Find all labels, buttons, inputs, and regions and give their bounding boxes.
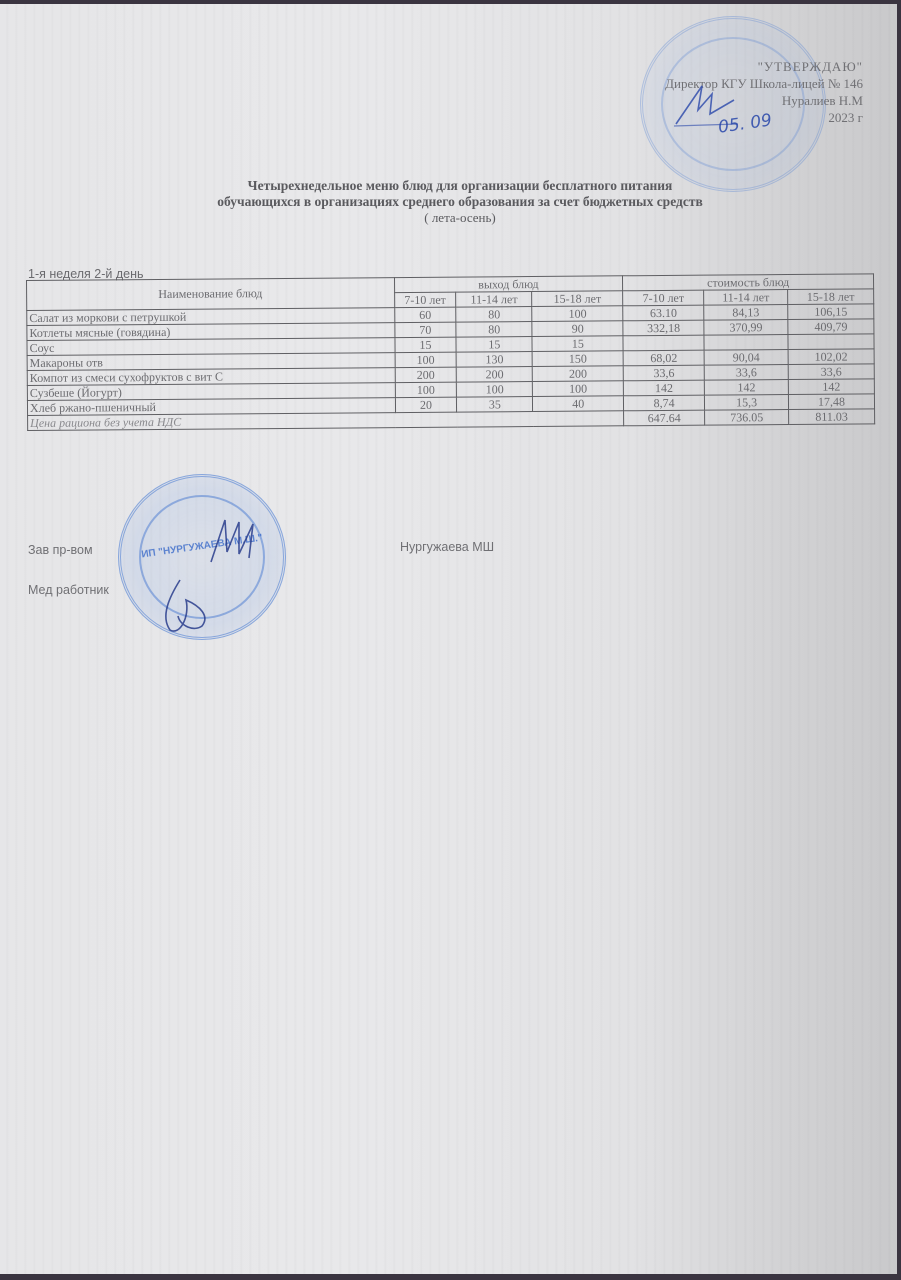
header-output-age: 7-10 лет <box>394 292 456 307</box>
cost-value <box>788 334 874 350</box>
output-value: 90 <box>532 321 623 337</box>
cost-value: 8,74 <box>624 395 705 411</box>
output-value: 80 <box>456 307 532 323</box>
output-value: 150 <box>532 351 623 367</box>
output-value: 40 <box>533 396 624 412</box>
head-of-production-name: Нургужаева МШ <box>400 540 494 554</box>
document-title: Четырехнедельное меню блюд для организац… <box>120 178 800 226</box>
head-of-production-label: Зав пр-вом <box>28 543 93 557</box>
cost-value: 106,15 <box>788 304 874 320</box>
cost-value: 102,02 <box>788 349 874 365</box>
title-season: ( лета-осень) <box>120 210 800 226</box>
cost-value: 33,6 <box>704 365 788 381</box>
output-value: 15 <box>456 337 532 353</box>
menu-table: Наименование блюд выход блюд стоимость б… <box>26 273 875 431</box>
header-cost-age: 15-18 лет <box>788 289 874 305</box>
cost-value: 33,6 <box>623 365 704 381</box>
output-value: 15 <box>394 337 456 352</box>
output-value: 15 <box>532 336 623 352</box>
cost-value: 15,3 <box>705 395 789 411</box>
total-cost: 736.05 <box>705 410 789 426</box>
cost-value: 84,13 <box>704 305 788 321</box>
cost-value: 90,04 <box>704 350 788 366</box>
output-value: 100 <box>395 382 457 397</box>
document-page: "УТВЕРЖДАЮ" Директор КГУ Школа-лицей № 1… <box>0 4 897 1274</box>
cost-value: 142 <box>704 380 788 396</box>
head-signature-icon <box>205 512 265 572</box>
output-value: 35 <box>457 397 533 413</box>
title-line-1: Четырехнедельное меню блюд для организац… <box>120 178 800 194</box>
total-cost: 647.64 <box>624 410 705 426</box>
output-value: 20 <box>395 397 457 412</box>
medical-worker-label: Мед работник <box>28 583 109 597</box>
output-value: 100 <box>533 381 624 397</box>
approval-heading: "УТВЕРЖДАЮ" <box>665 58 863 75</box>
output-value: 70 <box>394 322 456 337</box>
medic-signature-icon <box>150 576 220 636</box>
cost-value <box>623 335 704 351</box>
output-value: 200 <box>395 367 457 382</box>
output-value: 60 <box>394 307 456 322</box>
total-cost: 811.03 <box>789 409 875 425</box>
cost-value: 17,48 <box>788 394 874 410</box>
cost-value: 68,02 <box>623 350 704 366</box>
cost-value <box>704 335 788 351</box>
output-value: 80 <box>456 322 532 338</box>
output-value: 100 <box>457 382 533 398</box>
cost-value: 409,79 <box>788 319 874 335</box>
output-value: 200 <box>533 366 624 382</box>
output-value: 130 <box>457 352 533 368</box>
cost-value: 142 <box>788 379 874 395</box>
header-output-age: 15-18 лет <box>532 291 623 307</box>
header-cost-age: 11-14 лет <box>704 290 788 306</box>
header-dish-name: Наименование блюд <box>27 278 395 311</box>
cost-value: 142 <box>624 380 705 396</box>
output-value: 100 <box>395 352 457 367</box>
header-output-age: 11-14 лет <box>456 292 532 308</box>
cost-value: 63.10 <box>623 305 704 321</box>
cost-value: 332,18 <box>623 320 704 336</box>
output-value: 200 <box>457 367 533 383</box>
header-cost-age: 7-10 лет <box>623 290 704 306</box>
cost-value: 33,6 <box>788 364 874 380</box>
title-line-2: обучающихся в организациях среднего обра… <box>120 194 800 210</box>
cost-value: 370,99 <box>704 320 788 336</box>
output-value: 100 <box>532 306 623 322</box>
